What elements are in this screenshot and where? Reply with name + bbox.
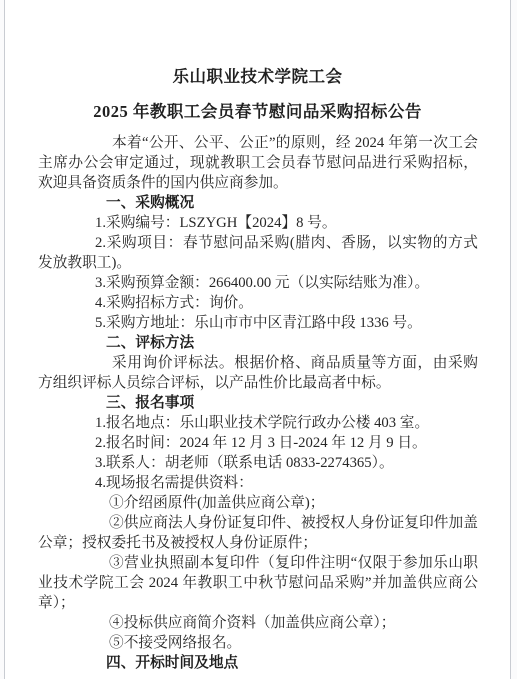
circled-item: ④投标供应商简介资料（加盖供应商公章）； (38, 613, 478, 633)
page-subtitle: 2025 年教职工会员春节慰问品采购招标公告 (5, 94, 510, 129)
numbered-item: 2.采购项目：春节慰问品采购(腊肉、香肠，以实物的方式发放教职工)。 (38, 233, 478, 273)
numbered-item: 4.现场报名需提供资料： (38, 473, 478, 493)
numbered-item: 5.采购方地址：乐山市市中区青江路中段 1336 号。 (38, 313, 478, 333)
circled-item: ①介绍函原件(加盖供应商公章)； (38, 493, 478, 513)
circled-item: ⑤不接受网络报名。 (38, 633, 478, 653)
paragraph: 采用询价评标法。根据价格、商品质量等方面，由采购方组织评标人员综合评标，以产品性… (38, 353, 478, 393)
section-heading: 四、开标时间及地点 (38, 653, 478, 673)
document-title-block: 乐山职业技术学院工会 2025 年教职工会员春节慰问品采购招标公告 (5, 59, 510, 129)
paragraph: 本着“公开、公平、公正”的原则，经 2024 年第一次工会主席办公会审定通过，现… (38, 133, 478, 193)
section-heading: 二、评标方法 (38, 333, 478, 353)
section-heading: 三、报名事项 (38, 393, 478, 413)
numbered-item: 2.报名时间：2024 年 12 月 3 日-2024 年 12 月 9 日。 (38, 433, 478, 453)
page-title: 乐山职业技术学院工会 (5, 59, 510, 94)
document-page: 乐山职业技术学院工会 2025 年教职工会员春节慰问品采购招标公告 本着“公开、… (4, 0, 511, 679)
numbered-item: 1.采购编号：LSZYGH【2024】8 号。 (38, 213, 478, 233)
numbered-item: 4.采购招标方式：询价。 (38, 293, 478, 313)
circled-item: ③营业执照副本复印件（复印件注明“仅限于参加乐山职业技术学院工会 2024 年教… (38, 553, 478, 613)
document-body: 本着“公开、公平、公正”的原则，经 2024 年第一次工会主席办公会审定通过，现… (38, 133, 478, 673)
numbered-item: 3.联系人：胡老师（联系电话 0833-2274365）。 (38, 453, 478, 473)
section-heading: 一、采购概况 (38, 193, 478, 213)
numbered-item: 3.采购预算金额：266400.00 元（以实际结账为准）。 (38, 273, 478, 293)
circled-item: ②供应商法人身份证复印件、被授权人身份证复印件加盖公章；授权委托书及被授权人身份… (38, 513, 478, 553)
numbered-item: 1.报名地点：乐山职业技术学院行政办公楼 403 室。 (38, 413, 478, 433)
